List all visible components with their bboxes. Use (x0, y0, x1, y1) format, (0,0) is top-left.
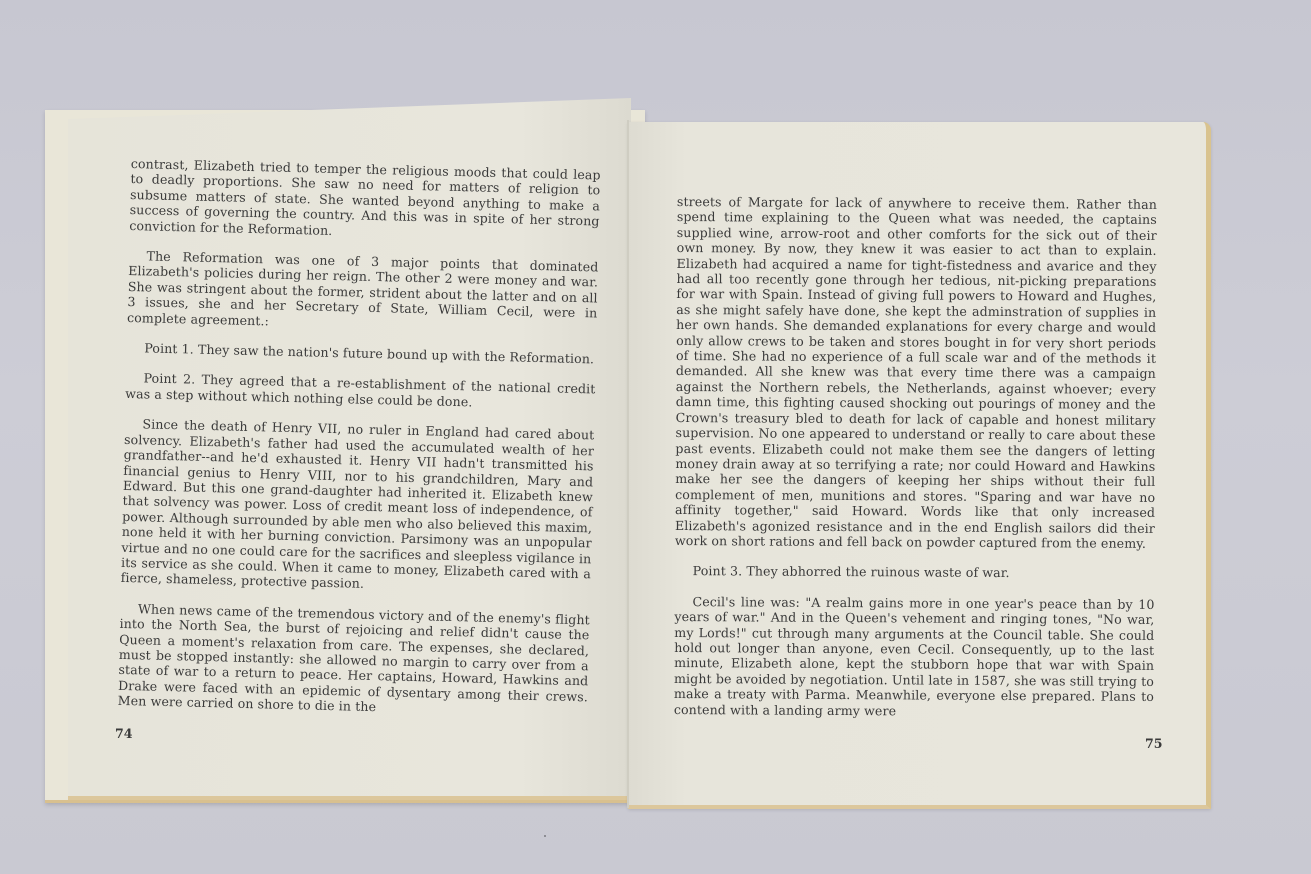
dust-speck (544, 835, 546, 837)
page-number-left: 74 (115, 726, 133, 741)
paragraph: contrast, Elizabeth tried to temper the … (129, 156, 601, 244)
paragraph: streets of Margate for lack of anywhere … (675, 194, 1157, 551)
page-number-right: 75 (1145, 736, 1163, 751)
paragraph: Since the death of Henry VII, no ruler i… (121, 416, 595, 597)
paragraph: The Reformation was one of 3 major point… (127, 248, 599, 336)
paragraph: When news came of the tremendous victory… (117, 601, 589, 720)
open-book: contrast, Elizabeth tried to temper the … (0, 0, 1311, 874)
point-3: Point 3. They abhorred the ruinous waste… (675, 563, 1155, 581)
right-page-text: streets of Margate for lack of anywhere … (674, 194, 1157, 735)
book-spine (627, 120, 629, 808)
point-1: Point 1. They saw the nation's future bo… (126, 340, 596, 367)
left-page-text: contrast, Elizabeth tried to temper the … (117, 156, 601, 735)
point-2: Point 2. They agreed that a re-establish… (125, 370, 596, 412)
paragraph: Cecil's line was: "A realm gains more in… (674, 594, 1155, 720)
